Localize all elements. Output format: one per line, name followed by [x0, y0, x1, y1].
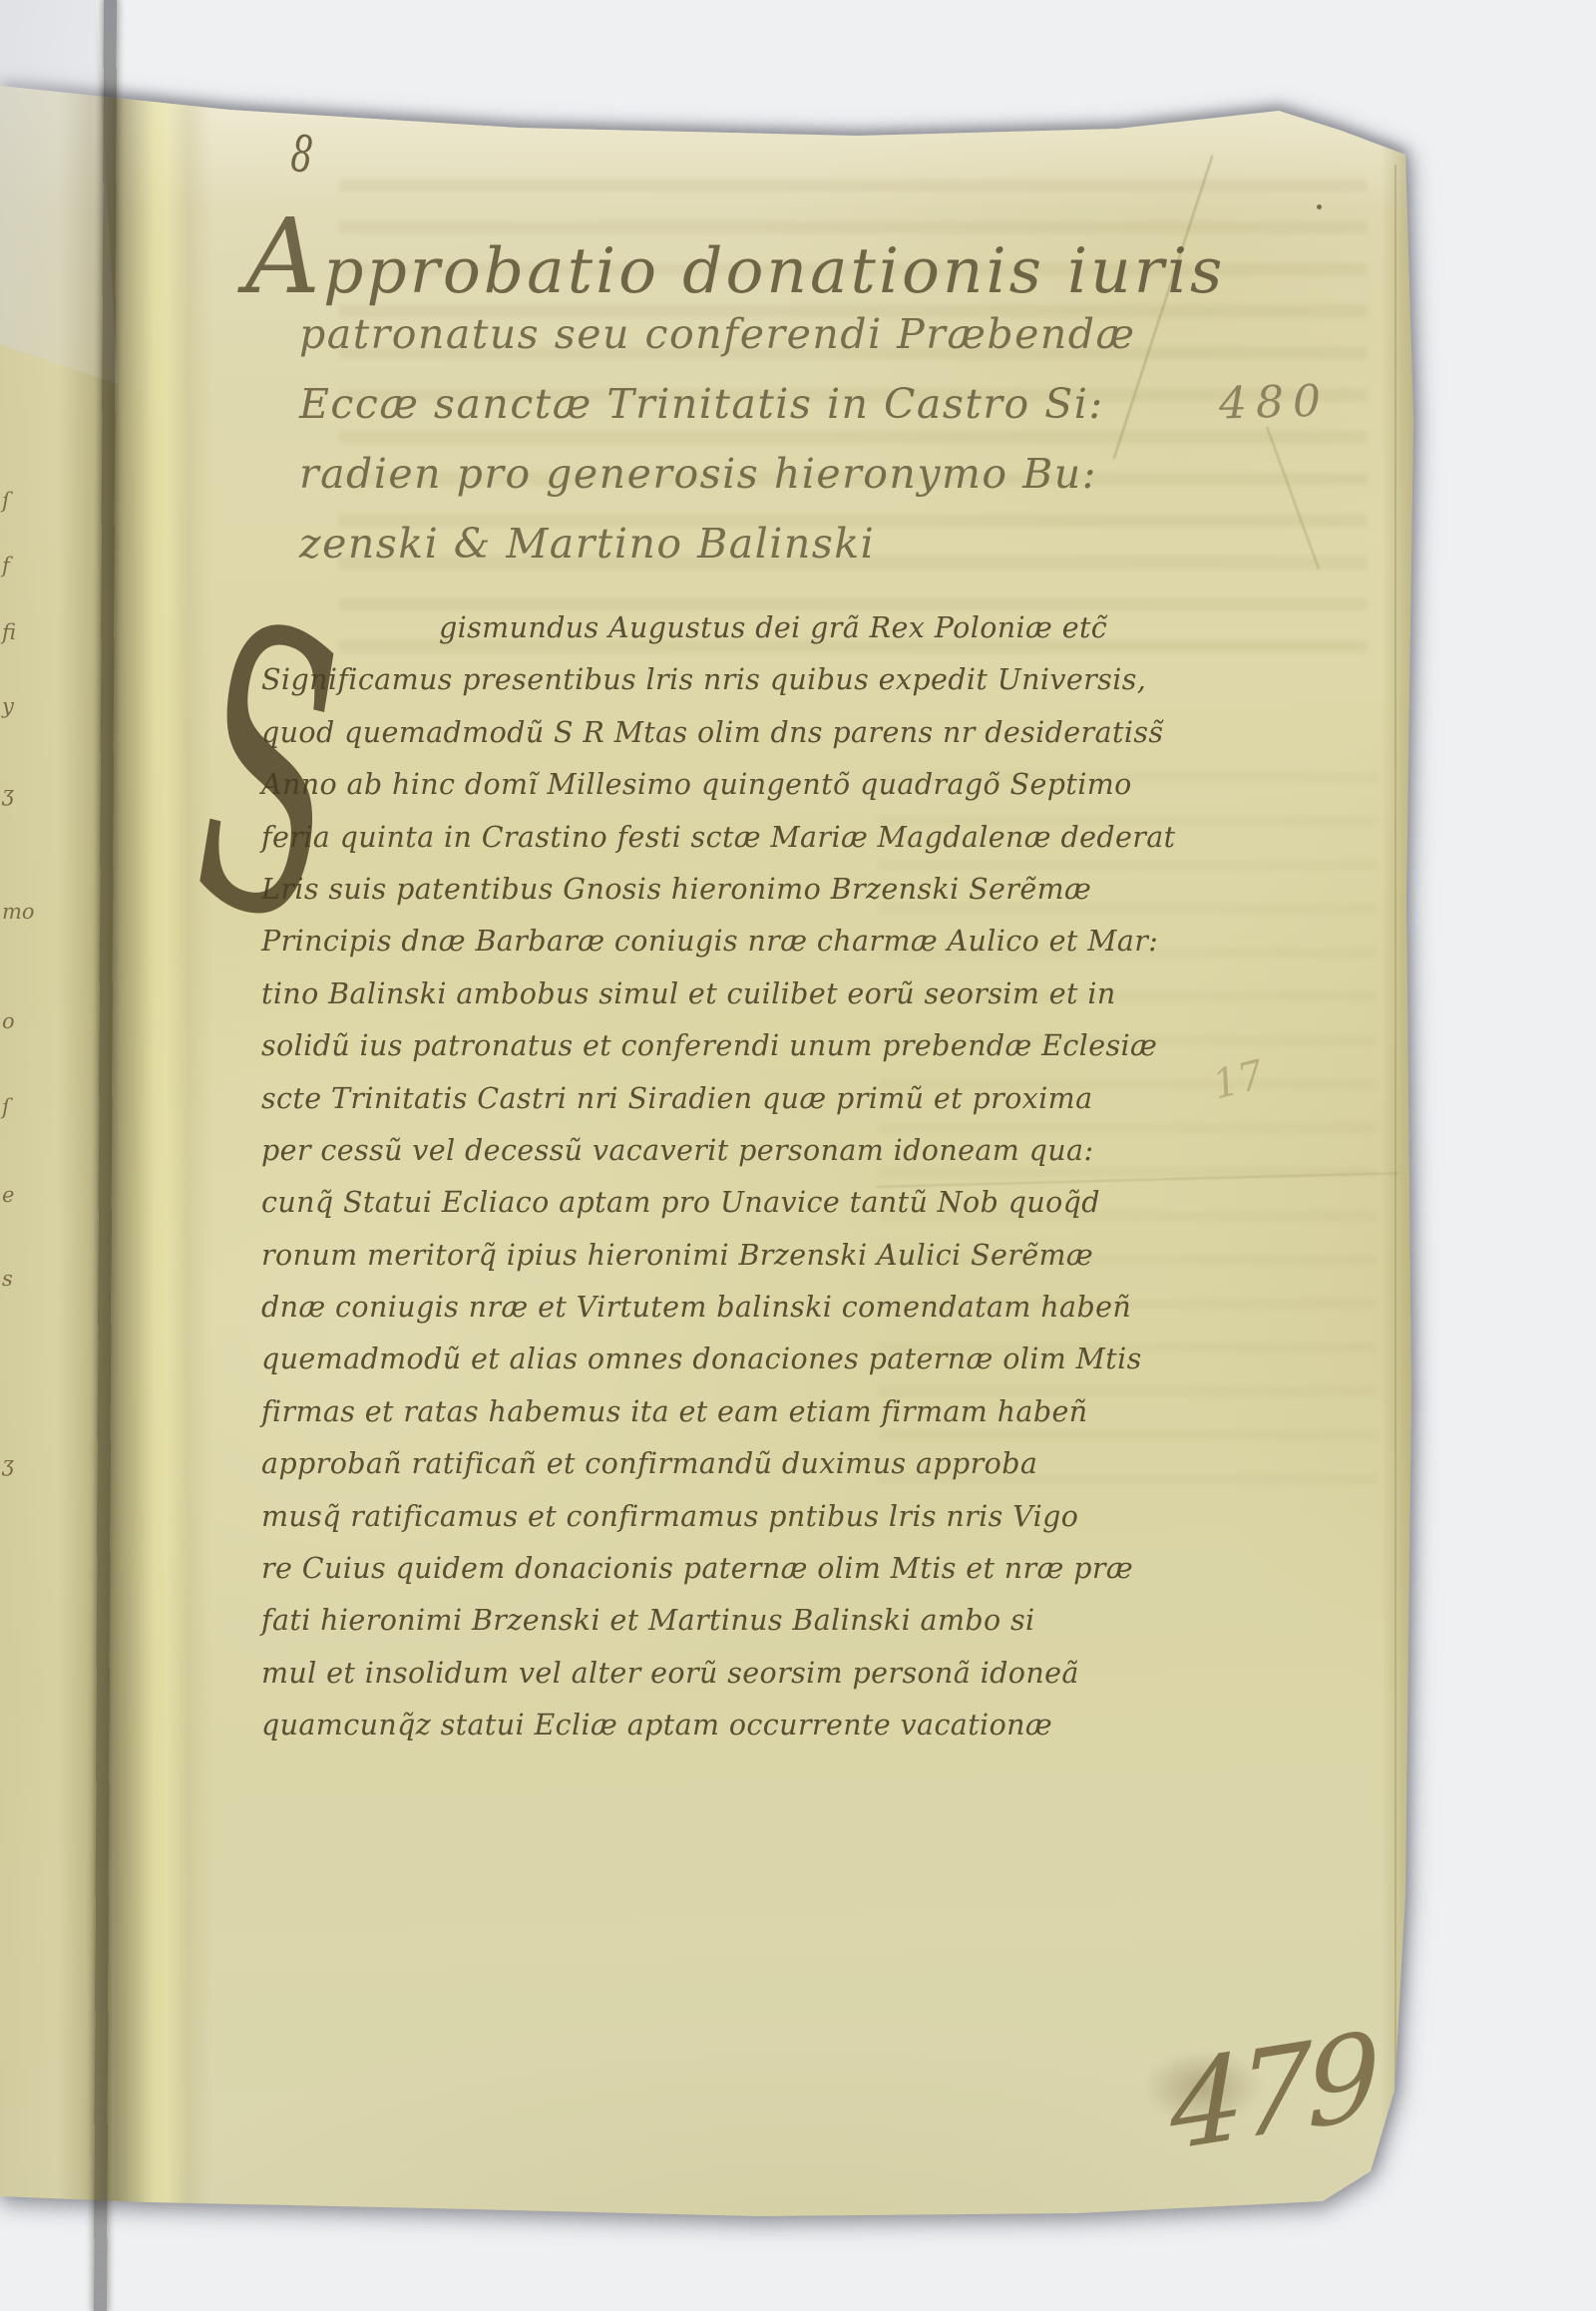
body-line: quemadmodũ et alias omnes donaciones pat…	[261, 1334, 1239, 1385]
ink-blot: 8	[289, 124, 315, 187]
body-text: gismundus Augustus dei grã Rex Poloniæ e…	[261, 602, 1239, 1752]
folio-number-480: 480	[1218, 376, 1330, 430]
edge-text-fragment: ſ	[2, 489, 10, 513]
body-line: musq̃ ratificamus et confirmamus pntibus…	[261, 1491, 1239, 1543]
body-line: firmas et ratas habemus ita et eam etiam…	[261, 1386, 1239, 1438]
body-line: re Cuius quidem donacionis paternæ olim …	[261, 1543, 1239, 1595]
body-line: Lris suis patentibus Gnosis hieronimo Br…	[261, 864, 1239, 916]
edge-text-fragment: s	[2, 1267, 13, 1291]
heading-subtitle: patronatus seu conferendi Præbendæ Eccæ …	[299, 299, 1136, 578]
body-line: ronum meritorq̃ ipius hieronimi Brzenski…	[261, 1230, 1239, 1282]
body-line: Significamus presentibus lris nris quibu…	[261, 654, 1239, 706]
body-line: approbañ ratificañ et confirmandũ duximu…	[261, 1438, 1239, 1490]
body-line: gismundus Augustus dei grã Rex Poloniæ e…	[261, 602, 1239, 654]
page-right-edge-shading	[1381, 95, 1414, 2199]
heading-line-2: patronatus seu conferendi Præbendæ	[299, 299, 1136, 369]
page-shadow: Approbatio donationis iuris patronatus s…	[0, 0, 1596, 2311]
edge-text-fragment: o	[2, 1009, 15, 1033]
manuscript-page: Approbatio donationis iuris patronatus s…	[0, 0, 1596, 2311]
edge-text-fragment: f	[2, 554, 10, 578]
body-line: scte Trinitatis Castri nri Siradien quæ …	[261, 1073, 1239, 1125]
body-line: fati hieronimi Brzenski et Martinus Bali…	[261, 1595, 1239, 1647]
body-line: quod quemadmodũ S R Mtas olim dns parens…	[261, 707, 1239, 759]
body-line: Principis dnæ Barbaræ coniugis nræ charm…	[261, 916, 1239, 967]
edge-text-fragment: mo	[2, 900, 35, 924]
body-line: per cessũ vel decessũ vacaverit personam…	[261, 1125, 1239, 1177]
body-line: feria quinta in Crastino festi sctæ Mari…	[261, 812, 1239, 864]
body-line: Anno ab hinc domĩ Millesimo quingentõ qu…	[261, 759, 1239, 811]
edge-text-fragment: ﬁ	[2, 620, 16, 644]
edge-text-fragment: ʒ	[2, 1452, 14, 1476]
body-line: solidũ ius patronatus et conferendi unum…	[261, 1020, 1239, 1072]
body-line: tino Balinski ambobus simul et cuilibet …	[261, 968, 1239, 1020]
heading-line-5: zenski & Martino Balinski	[299, 509, 1136, 578]
heading-line-3: Eccæ sanctæ Trinitatis in Castro Si:	[299, 369, 1136, 439]
body-line: dnæ coniugis nræ et Virtutem balinski co…	[261, 1282, 1239, 1334]
edge-text-fragment: e	[2, 1183, 14, 1207]
body-line: quamcunq̃z statui Ecliæ aptam occurrente…	[261, 1700, 1239, 1751]
body-line: cunq̃ Statui Ecliaco aptam pro Unavice t…	[261, 1177, 1239, 1229]
page-edge-line	[1395, 165, 1396, 2110]
edge-text-fragment: ſ	[2, 1095, 10, 1119]
edge-text-fragment: y	[2, 694, 14, 718]
edge-text-fragment: ʒ	[2, 782, 14, 806]
manuscript-scan: Approbatio donationis iuris patronatus s…	[0, 0, 1596, 2311]
body-line: mul et insolidum vel alter eorũ seorsim …	[261, 1648, 1239, 1700]
ink-speck	[1317, 204, 1322, 209]
heading-line-4: radien pro generosis hieronymo Bu:	[299, 439, 1136, 509]
